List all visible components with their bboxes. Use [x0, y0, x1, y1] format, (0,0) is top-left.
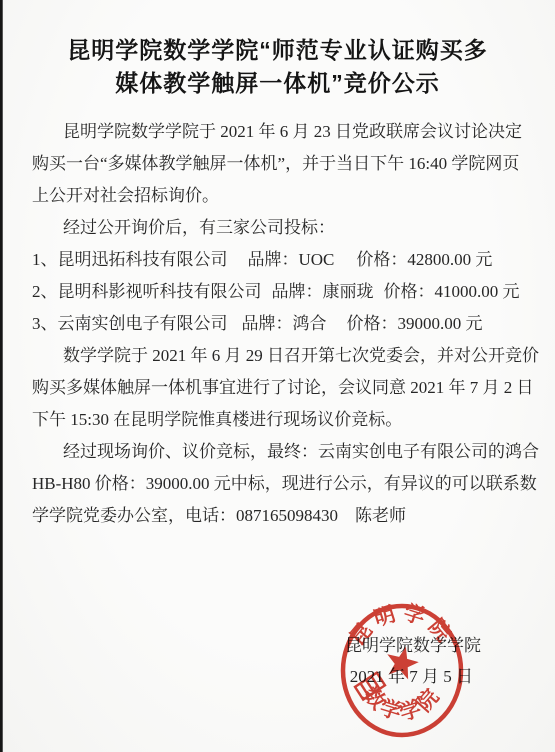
price-label: 价格： [384, 282, 435, 301]
price-value: 42800.00 元 [407, 250, 492, 269]
price-value: 39000.00 元 [398, 314, 483, 333]
official-seal-stamp: 昆明学院 数学学院 [339, 602, 465, 739]
brand-label: 品牌： [272, 282, 323, 301]
bidder-row: 3、云南实创电子有限公司品牌：鸿合价格：39000.00 元 [32, 308, 531, 340]
brand-value: 康丽珑 [323, 282, 374, 301]
bidder-company: 昆明迅拓科技有限公司 [58, 250, 228, 269]
brand-label: 品牌： [248, 250, 299, 269]
para4-line2: HB-H80 价格：39000.00 元中标，现进行公示，有异议的可以联系数 [32, 468, 531, 500]
para4-line1: 经过现场询价、议价竞标，最终：云南实创电子有限公司的鸿合 [32, 436, 531, 468]
bidder-row: 2、昆明科影视听科技有限公司品牌：康丽珑价格：41000.00 元 [32, 276, 531, 308]
notice-title: 昆明学院数学学院“师范专业认证购买多 媒体教学触屏一体机”竞价公示 [10, 34, 545, 100]
para1-line3: 上公开对社会招标询价。 [32, 180, 531, 212]
notice-body: 昆明学院数学学院于 2021 年 6 月 23 日党政联席会议讨论决定 购买一台… [0, 116, 555, 532]
bidder-company: 云南实创电子有限公司 [58, 314, 228, 333]
para2-line1: 经过公开询价后，有三家公司投标： [32, 212, 531, 244]
brand-label: 品牌： [242, 314, 293, 333]
bidder-company: 昆明科影视听科技有限公司 [58, 282, 262, 301]
svg-text:昆明学院: 昆明学院 [345, 602, 459, 650]
para3-line2: 购买多媒体触屏一体机事宜进行了讨论，会议同意 2021 年 7 月 2 日 [32, 372, 531, 404]
seal-top-arc-text: 昆明学院 [345, 602, 459, 650]
scanned-notice-page: 昆明学院数学学院“师范专业认证购买多 媒体教学触屏一体机”竞价公示 昆明学院数学… [0, 0, 555, 752]
para3-line3: 下午 15:30 在昆明学院惟真楼进行现场议价竞标。 [32, 404, 531, 436]
para3-line1: 数学学院于 2021 年 6 月 29 日召开第七次党委会，并对公开竞价 [32, 340, 531, 372]
bidder-number: 1、 [32, 250, 58, 269]
bidder-number: 2、 [32, 282, 58, 301]
notice-title-line-2: 媒体教学触屏一体机”竞价公示 [10, 67, 545, 100]
star-icon [383, 643, 422, 681]
para1-line2: 购买一台“多媒体教学触屏一体机”，并于当日下午 16:40 学院网页 [32, 148, 531, 180]
bidder-row: 1、昆明迅拓科技有限公司品牌：UOC价格：42800.00 元 [32, 244, 531, 276]
price-label: 价格： [356, 250, 407, 269]
bidder-number: 3、 [32, 314, 58, 333]
scan-edge-artifact [0, 0, 3, 752]
price-label: 价格： [347, 314, 398, 333]
para4-line3: 学学院党委办公室，电话：087165098430 陈老师 [32, 500, 531, 532]
price-value: 41000.00 元 [435, 282, 520, 301]
para1-line1: 昆明学院数学学院于 2021 年 6 月 23 日党政联席会议讨论决定 [32, 116, 531, 148]
notice-title-line-1: 昆明学院数学学院“师范专业认证购买多 [10, 34, 545, 67]
brand-value: 鸿合 [293, 314, 327, 333]
brand-value: UOC [299, 250, 335, 269]
